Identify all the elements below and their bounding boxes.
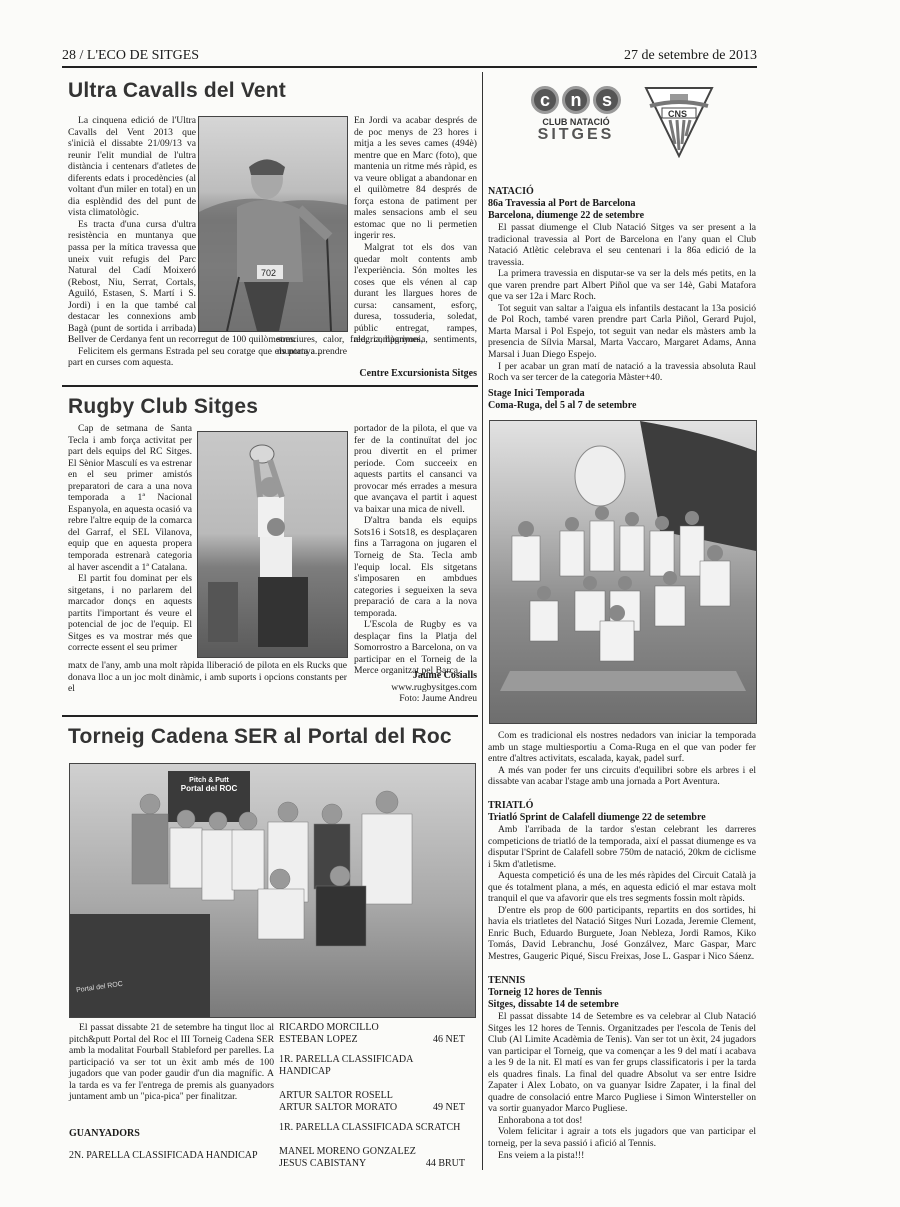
score: 49 NET bbox=[433, 1102, 465, 1114]
logo-letter-c: c bbox=[531, 86, 559, 114]
swim-team-photo bbox=[489, 420, 757, 724]
player-name: RICARDO MORCILLO bbox=[279, 1022, 465, 1034]
rugby-website-link[interactable]: www.rugbysitges.com bbox=[391, 682, 477, 694]
page-folio: 28 / L'ECO DE SITGES bbox=[62, 48, 199, 64]
section-rule bbox=[62, 385, 478, 387]
winner-entry: MANEL MORENO GONZALEZ JESUS CABISTANY44 … bbox=[279, 1146, 465, 1170]
score: 46 NET bbox=[433, 1034, 465, 1046]
paragraph: Com es tradicional els nostres nedadors … bbox=[488, 730, 756, 765]
rugby-players-icon bbox=[198, 432, 347, 657]
natacio-section: NATACIÓ 86a Travessia al Port de Barcelo… bbox=[488, 186, 756, 384]
ultra-col2: En Jordi va acabar després de de poc men… bbox=[354, 115, 477, 346]
subhead: Coma-Ruga, del 5 al 7 de setembre bbox=[488, 400, 756, 412]
rugby-lineout-photo bbox=[197, 431, 348, 658]
paragraph: El passat diumenge el Club Natació Sitge… bbox=[488, 222, 756, 268]
triatlo-section: TRIATLÓ Triatló Sprint de Calafell diume… bbox=[488, 800, 756, 963]
paragraph: I per acabar un gran matí de natació a l… bbox=[488, 361, 756, 384]
winner-entry: ARTUR SALTOR ROSELL ARTUR SALTOR MORATO4… bbox=[279, 1090, 465, 1114]
golf-body: El passat dissabte 21 de setembre ha tin… bbox=[69, 1022, 274, 1103]
paragraph: portador de la pilota, el que va fer de … bbox=[354, 423, 477, 515]
paragraph: El passat dissabte 21 de setembre ha tin… bbox=[69, 1022, 274, 1103]
logo-letter-n: n bbox=[562, 86, 590, 114]
article-title-rugby: Rugby Club Sitges bbox=[68, 395, 258, 419]
paragraph: El passat dissabte 14 de Setembre es va … bbox=[488, 1011, 756, 1115]
winner-entry: RICARDO MORCILLO ESTEBAN LOPEZ46 NET bbox=[279, 1022, 465, 1046]
rugby-col1-wide: matx de l'any, amb una molt ràpida llibe… bbox=[68, 660, 347, 695]
team-group-icon bbox=[490, 421, 756, 723]
group-people-icon bbox=[70, 764, 475, 1017]
ultra-col1: La cinquena edició de l'Ultra Cavalls de… bbox=[68, 115, 196, 346]
article-title-ultra: Ultra Cavalls del Vent bbox=[68, 79, 286, 103]
subhead: Barcelona, diumenge 22 de setembre bbox=[488, 210, 756, 222]
tennis-section: TENNIS Torneig 12 hores de Tennis Sitges… bbox=[488, 975, 756, 1161]
paragraph: El partit fou dominat per els sitgetans,… bbox=[68, 573, 192, 654]
paragraph: D'entre els prop de 600 participants, re… bbox=[488, 905, 756, 963]
section-label: NATACIÓ bbox=[488, 186, 756, 198]
paragraph: D'altra banda els equips Sots16 i Sots18… bbox=[354, 515, 477, 619]
issue-date: 27 de setembre de 2013 bbox=[624, 48, 757, 64]
paragraph: Volem felicitar i agrair a tots els juga… bbox=[488, 1126, 756, 1149]
rugby-col2: portador de la pilota, el que va fer de … bbox=[354, 423, 477, 677]
cns-logo-badges: c n s bbox=[526, 86, 626, 114]
rugby-credits: Jaume Cosialls www.rugbysitges.com Foto:… bbox=[391, 670, 477, 705]
cns-logo: c n s CLUB NATACIÓ SITGES bbox=[526, 86, 626, 143]
stage-body: Com es tradicional els nostres nedadors … bbox=[488, 730, 756, 788]
section-label: TRIATLÓ bbox=[488, 800, 756, 812]
paragraph: matx de l'any, amb una molt ràpida llibe… bbox=[68, 660, 347, 695]
paragraph: Amb l'arribada de la tardor s'estan cele… bbox=[488, 824, 756, 870]
article-title-golf: Torneig Cadena SER al Portal del Roc bbox=[68, 725, 452, 749]
player-name: ARTUR SALTOR MORATO bbox=[279, 1102, 397, 1114]
paragraph: En Jordi va acabar després de de poc men… bbox=[354, 115, 477, 242]
ultra-col2-wide: somriures, calor, fred, companyonia, sen… bbox=[277, 334, 477, 357]
paragraph: somriures, calor, fred, companyonia, sen… bbox=[277, 334, 477, 357]
paragraph: Cap de setmana de Santa Tecla i amb forç… bbox=[68, 423, 192, 573]
paragraph: Aquesta competició és una de les més ràp… bbox=[488, 870, 756, 905]
rugby-col1: Cap de setmana de Santa Tecla i amb forç… bbox=[68, 423, 192, 654]
runner-photo: 702 bbox=[198, 116, 348, 332]
winners-category: 2N. PARELLA CLASSIFICADA HANDICAP bbox=[69, 1150, 258, 1162]
rugby-signature: Jaume Cosialls bbox=[391, 670, 477, 682]
player-name: ARTUR SALTOR ROSELL bbox=[279, 1090, 465, 1102]
winners-category: 1R. PARELLA CLASSIFICADA SCRATCH bbox=[279, 1122, 465, 1134]
headline: Torneig 12 hores de Tennis bbox=[488, 987, 756, 999]
player-name: JESUS CABISTANY bbox=[279, 1158, 366, 1170]
ultra-signature: Centre Excursionista Sitges bbox=[359, 368, 477, 379]
svg-text:702: 702 bbox=[261, 268, 276, 278]
paragraph: Ens veiem a la pista!!! bbox=[488, 1150, 756, 1162]
svg-text:CNS: CNS bbox=[668, 109, 687, 119]
winners-heading: GUANYADORS bbox=[69, 1128, 140, 1140]
headline: Triatló Sprint de Calafell diumenge 22 d… bbox=[488, 812, 756, 824]
triatlo-body: Amb l'arribada de la tardor s'estan cele… bbox=[488, 824, 756, 963]
paragraph: Tot seguit van saltar a l'aigua els infa… bbox=[488, 303, 756, 361]
paragraph: La cinquena edició de l'Ultra Cavalls de… bbox=[68, 115, 196, 219]
player-name: ESTEBAN LOPEZ bbox=[279, 1034, 358, 1046]
natacio-body: El passat diumenge el Club Natació Sitge… bbox=[488, 222, 756, 384]
header-rule bbox=[62, 66, 757, 68]
paragraph: La primera travessia en disputar-se va s… bbox=[488, 268, 756, 303]
photo-credit: Foto: Jaume Andreu bbox=[391, 693, 477, 705]
stage-section: Stage Inici Temporada Coma-Ruga, del 5 a… bbox=[488, 388, 756, 412]
paragraph: Malgrat tot els dos van quedar molt cont… bbox=[354, 242, 477, 346]
cns-shield-icon: CNS bbox=[644, 86, 714, 158]
logo-letter-s: s bbox=[593, 86, 621, 114]
runner-figure-icon: 702 bbox=[199, 117, 347, 331]
score: 44 BRUT bbox=[426, 1158, 465, 1170]
paragraph: L'Escola de Rugby es va desplaçar fins l… bbox=[354, 619, 477, 677]
headline: Stage Inici Temporada bbox=[488, 388, 756, 400]
paragraph: Enhorabona a tot dos! bbox=[488, 1115, 756, 1127]
logo-line2: SITGES bbox=[526, 127, 626, 143]
subhead: Sitges, dissabte 14 de setembre bbox=[488, 999, 756, 1011]
golf-group-photo: Pitch & Putt Portal del ROC Portal del R… bbox=[69, 763, 476, 1018]
paragraph: Es tracta d'una cursa d'ultra resistènci… bbox=[68, 219, 196, 346]
section-label: TENNIS bbox=[488, 975, 756, 987]
paragraph: A més van poder fer uns circuits d'equil… bbox=[488, 765, 756, 788]
winners-category: 1R. PARELLA CLASSIFICADA HANDICAP bbox=[279, 1054, 465, 1078]
headline: 86a Travessia al Port de Barcelona bbox=[488, 198, 756, 210]
winners-list: RICARDO MORCILLO ESTEBAN LOPEZ46 NET 1R.… bbox=[279, 1022, 465, 1170]
column-divider bbox=[482, 72, 483, 1170]
tennis-body: El passat dissabte 14 de Setembre es va … bbox=[488, 1011, 756, 1161]
section-rule bbox=[62, 715, 478, 717]
player-name: MANEL MORENO GONZALEZ bbox=[279, 1146, 465, 1158]
